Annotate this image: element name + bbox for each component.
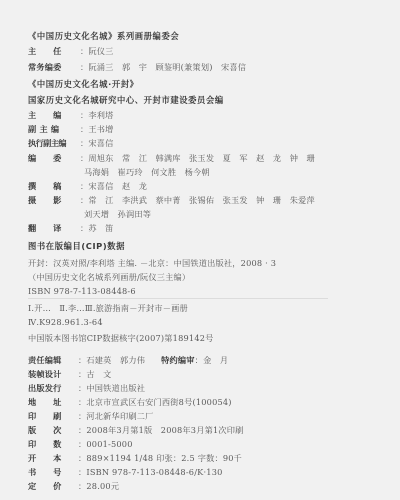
row-value: 李利塔 [88,110,113,120]
book-row-chief-editor: 主 编：李利塔 [28,110,114,121]
pub-row-editors: 责任编辑：石建英 郭力伟特约编审：金 月 [28,355,228,366]
book-row-photography-cont: 刘天增 孙润田等 [84,209,151,220]
row-value: 0001-5000 [86,439,132,449]
row-value: 金 月 [203,355,228,365]
book-title: 《中国历史文化名城·开封》 [28,78,139,90]
pub-row-edition: 版 次：2008年3月第1版 2008年3月第1次印刷 [28,425,244,436]
pub-row-design: 装帧设计：古 文 [28,369,112,380]
row-label: 摄 影 [28,195,80,206]
series-committee-title: 《中国历史文化名城》系列画册编委会 [28,30,179,42]
row-value: 宋喜信 [88,138,113,148]
row-label: 主 编 [28,110,80,121]
row-label: 责任编辑 [28,355,78,366]
row-value: 古 文 [86,369,111,379]
row-value: 28.00元 [86,481,119,491]
cip-isbn: ISBN 978-7-113-08448-6 [28,286,136,296]
book-compiler: 国家历史文化名城研究中心、开封市建设委员会编 [28,94,224,106]
copyright-page: 《中国历史文化名城》系列画册编委会 主 任：阮仪三 常务编委：阮涌三 郭 宇 顾… [0,0,400,500]
book-row-editorial-board: 编 委：周旭东 常 江 韩满库 张玉发 夏 军 赵 龙 钟 珊 [28,153,315,164]
row-label: 撰 稿 [28,181,80,192]
row-value: 宋喜信 赵 龙 [88,181,147,191]
cip-subject-1: Ⅰ.开… Ⅱ.李…Ⅲ.旅游指南－开封市－画册 [28,303,188,314]
book-row-deputy-editor: 副 主 编：王书增 [28,124,114,135]
pub-row-address: 地 址：北京市宣武区右安门西街8号(100054) [28,397,232,408]
row-label: 出版发行 [28,383,78,394]
row-label: 书 号 [28,467,78,478]
pub-row-printer: 印 刷：河北新华印刷二厂 [28,411,154,422]
row-value: 河北新华印刷二厂 [86,411,153,421]
pub-row-publisher: 出版发行：中国铁道出版社 [28,383,145,394]
row-value: 北京市宣武区右安门西街8号(100054) [86,397,231,407]
cip-heading: 图书在版编目(CIP)数据 [28,240,125,252]
row-value: 889×1194 1/48 印张：2.5 字数：90千 [86,453,242,463]
row-value: 马海娟 崔巧玲 何文胜 杨今朝 [84,167,210,177]
pub-row-print-run: 印 数：0001-5000 [28,439,133,450]
row-label: 编 委 [28,153,80,164]
row-label: 副 主 编 [28,124,80,135]
row-label: 常务编委 [28,62,80,73]
row-label: 执行副主编 [28,138,80,149]
row-value: 石建英 郭力伟 [86,355,145,365]
divider [28,298,328,299]
row-value: 阮仪三 [88,46,113,56]
row-value: 2008年3月第1版 2008年3月第1次印刷 [86,425,243,435]
row-value: 阮涌三 郭 宇 顾鉴明(兼策划) 宋喜信 [88,62,246,72]
row-label: 地 址 [28,397,78,408]
pub-row-isbn: 书 号：ISBN 978-7-113-08448-6/K·130 [28,467,223,478]
row-value: 苏 笛 [88,223,113,233]
pub-row-format: 开 本：889×1194 1/48 印张：2.5 字数：90千 [28,453,242,464]
book-row-editorial-board-cont: 马海娟 崔巧玲 何文胜 杨今朝 [84,167,210,178]
row-label: 主 任 [28,46,80,57]
row-label: 印 数 [28,439,78,450]
book-row-photography: 摄 影：常 江 李洪武 蔡中菁 张锡佑 张玉发 钟 珊 朱爱萍 [28,195,315,206]
book-row-exec-deputy: 执行副主编：宋喜信 [28,138,114,149]
row-label: 装帧设计 [28,369,78,380]
row-value: 王书增 [88,124,113,134]
row-label: 特约编审 [161,355,195,366]
row-label: 开 本 [28,453,78,464]
cip-subject-2: Ⅳ.K928.961.3-64 [28,317,103,327]
row-label: 翻 译 [28,223,80,234]
row-value: ISBN 978-7-113-08448-6/K·130 [86,467,222,477]
cip-verification: 中国版本图书馆CIP数据核字(2007)第189142号 [28,333,214,344]
committee-row-standing: 常务编委：阮涌三 郭 宇 顾鉴明(兼策划) 宋喜信 [28,62,246,73]
book-row-translation: 翻 译：苏 笛 [28,223,114,234]
book-row-writers: 撰 稿：宋喜信 赵 龙 [28,181,147,192]
row-label: 印 刷 [28,411,78,422]
row-value: 中国铁道出版社 [86,383,145,393]
row-label: 版 次 [28,425,78,436]
row-label: 定 价 [28,481,78,492]
row-value: 常 江 李洪武 蔡中菁 张锡佑 张玉发 钟 珊 朱爱萍 [88,195,314,205]
cip-line-2: （中国历史文化名城系列画册/阮仪三主编） [28,272,190,283]
row-value: 周旭东 常 江 韩满库 张玉发 夏 军 赵 龙 钟 珊 [88,153,314,163]
row-value: 刘天增 孙润田等 [84,209,151,219]
pub-row-price: 定 价：28.00元 [28,481,119,492]
cip-line-1: 开封：汉英对照/李利塔 主编. －北京：中国铁道出版社，2008 · 3 [28,258,276,269]
committee-row-director: 主 任：阮仪三 [28,46,114,57]
